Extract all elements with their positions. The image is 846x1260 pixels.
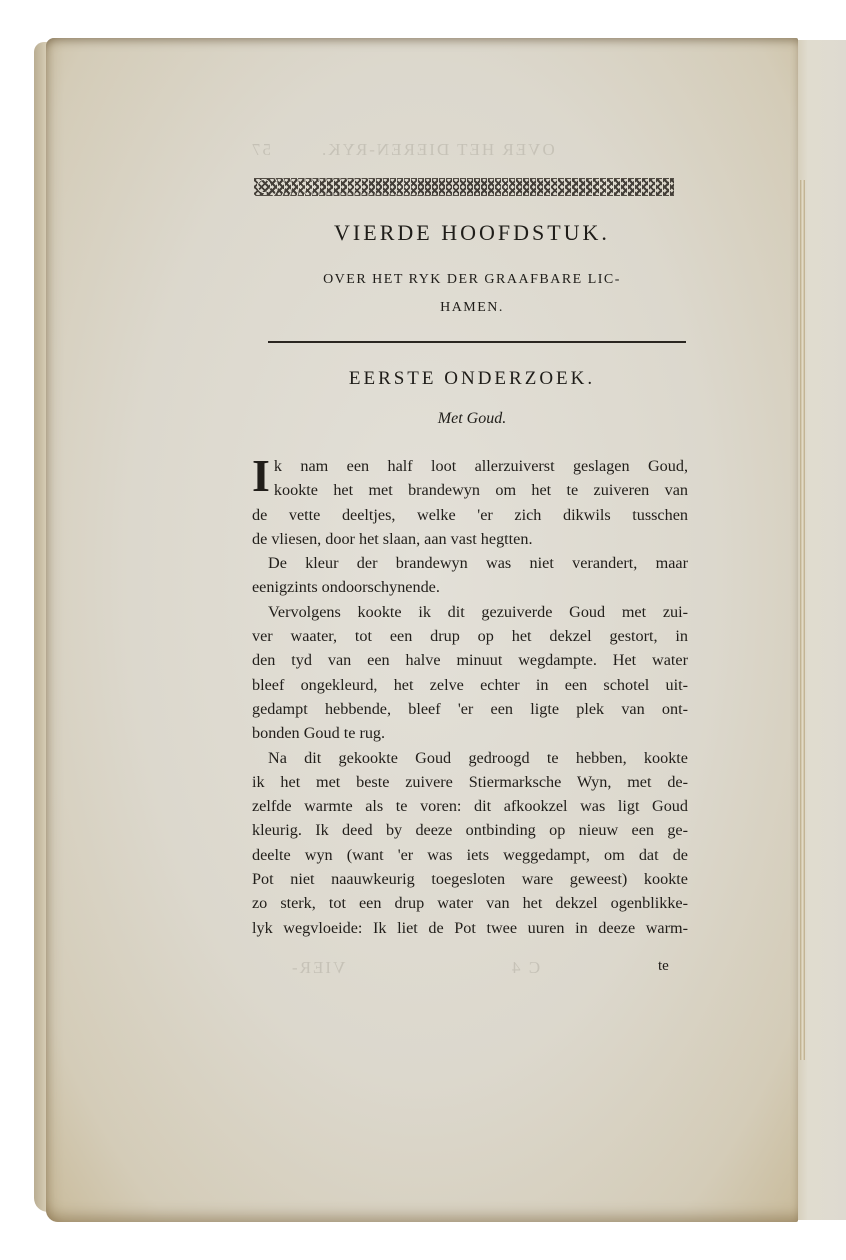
show-through-header: OVER HET DIEREN-RYK. (320, 140, 555, 160)
body-text: I k nam een half loot allerzuiverst gesl… (252, 454, 688, 940)
text-line: gedampt hebbende, bleef 'er een ligte pl… (252, 697, 688, 721)
text-line: de vliesen, door het slaan, aan vast heg… (252, 527, 688, 551)
horizontal-rule (268, 341, 686, 343)
text-line: Vervolgens kookte ik dit gezuiverde Goud… (252, 600, 688, 624)
section-subtitle: Met Goud. (254, 410, 690, 428)
text-line: zelfde warmte als te voren: dit afkookze… (252, 794, 688, 818)
show-through-page-number: 57 (250, 140, 271, 160)
text-line: ik het met beste zuivere Stiermarksche W… (252, 770, 688, 794)
text-line: Pot niet naauwkeurig toegesloten ware ge… (252, 867, 688, 891)
text-line: den tyd van een halve minuut wegdampte. … (252, 648, 688, 672)
paragraph-2: De kleur der brandewyn was niet verander… (252, 551, 688, 600)
section-title: EERSTE ONDERZOEK. (254, 368, 690, 390)
text-line: zo sterk, tot een drup water van het dek… (252, 891, 688, 915)
text-line: eenigzints ondoorschynende. (252, 575, 688, 599)
catchword: te (658, 958, 669, 975)
gutter-fold (800, 180, 805, 1060)
text-line: Na dit gekookte Goud gedroogd te hebben,… (252, 746, 688, 770)
show-through-catchword: VIER- (290, 958, 345, 978)
text-line: De kleur der brandewyn was niet verander… (252, 551, 688, 575)
text-line: de vette deeltjes, welke 'er zich dikwil… (252, 503, 688, 527)
drop-cap: I (252, 456, 270, 496)
text-line: kookte het met brandewyn om het te zuive… (252, 478, 688, 502)
text-line: bleef ongekleurd, het zelve echter in ee… (252, 673, 688, 697)
paragraph-1: I k nam een half loot allerzuiverst gesl… (252, 454, 688, 551)
show-through-signature: C 4 (510, 958, 540, 978)
paragraph-3: Vervolgens kookte ik dit gezuiverde Goud… (252, 600, 688, 746)
chapter-subtitle-line-1: OVER HET RYK DER GRAAFBARE LIC- (262, 266, 682, 294)
facing-page-edge (790, 40, 846, 1220)
chain-ornament-border (254, 178, 674, 196)
text-line: bonden Goud te rug. (252, 721, 688, 745)
text-line: deelte wyn (want 'er was iets weggedampt… (252, 843, 688, 867)
text-line: lyk wegvloeide: Ik liet de Pot twee uure… (252, 916, 688, 940)
chapter-title: VIERDE HOOFDSTUK. (254, 220, 690, 246)
text-line: ver waater, tot een drup op het dekzel g… (252, 624, 688, 648)
chapter-subtitle-line-2: HAMEN. (262, 294, 682, 322)
text-line: k nam een half loot allerzuiverst geslag… (252, 454, 688, 478)
paragraph-4: Na dit gekookte Goud gedroogd te hebben,… (252, 746, 688, 940)
chapter-subtitle: OVER HET RYK DER GRAAFBARE LIC- HAMEN. (262, 266, 682, 322)
text-line: kleurig. Ik deed by deeze ontbinding op … (252, 818, 688, 842)
